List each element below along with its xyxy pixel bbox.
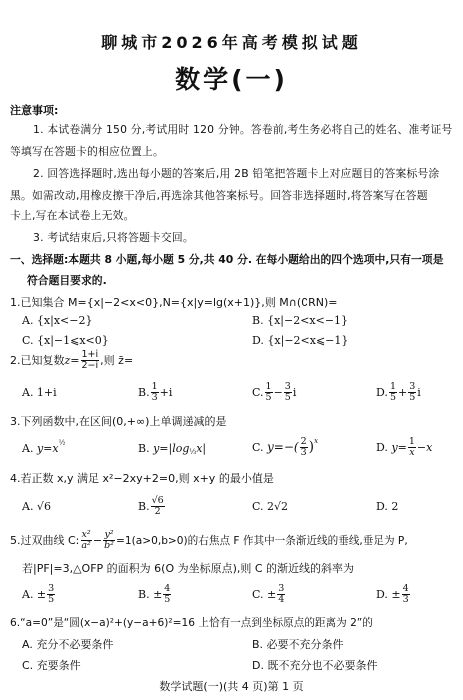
notice-heading: 注意事项:	[10, 102, 58, 118]
question-stem: 下列函数中,在区间(0,+∞)上单调递减的是	[21, 415, 227, 428]
denominator: 5	[284, 393, 292, 403]
math-expr: y=x	[37, 442, 59, 455]
notice-item-2-line1: 2. 回答选择题时,选出每小题的答案后,用 2B 铅笔把答题卡上对应题目的答案标…	[33, 166, 439, 181]
q1-option-a[interactable]: A. {x|x<−2}	[22, 314, 92, 327]
denominator: 3	[151, 393, 159, 403]
exam-title: 聊城市2026年高考模拟试题	[0, 30, 463, 53]
q5-option-d[interactable]: D. ± 43	[376, 581, 411, 607]
question-number: 1.	[10, 296, 21, 309]
option-label: C.	[252, 441, 264, 454]
numerator: 3	[277, 584, 285, 595]
fraction: 23	[300, 437, 308, 458]
notice-item-3: 3. 考试结束后,只将答题卡交回。	[33, 230, 194, 245]
denominator: 2	[154, 507, 162, 517]
option-label: B.	[138, 500, 150, 513]
option-label: D. ±	[376, 588, 401, 601]
q5-option-b[interactable]: B. ± 45	[138, 581, 172, 607]
math-expr: −x	[417, 441, 432, 454]
numerator: 1	[265, 382, 273, 393]
notice-item-2-line3: 卡上,写在本试卷上无效。	[10, 208, 135, 223]
numerator: x²	[81, 530, 92, 541]
option-label: B. ±	[138, 588, 162, 601]
q3-option-a[interactable]: A. y=x½	[22, 436, 65, 460]
numerator: √6	[151, 496, 165, 507]
question-1: 1.已知集合 M={x|−2<x<0},N={x|y=lg(x+1)},则 M∩…	[10, 294, 338, 310]
operator: +	[398, 386, 407, 399]
option-label: C. ±	[252, 588, 276, 601]
q2-option-a[interactable]: A. 1+i	[22, 380, 57, 404]
numerator: 4	[163, 584, 171, 595]
fraction: √62	[151, 496, 165, 517]
question-2: 2. 已知复数 z= 1+i2−i ,则 z̄=	[10, 350, 133, 371]
subject-title: 数学(一)	[0, 60, 463, 96]
fraction: 35	[408, 382, 416, 403]
question-stem-suffix: ,则 z̄=	[100, 352, 133, 368]
fraction: y²b²	[103, 530, 115, 551]
fraction: 13	[151, 382, 159, 403]
q6-option-b[interactable]: B. 必要不充分条件	[252, 636, 344, 652]
option-label: C.	[252, 386, 264, 399]
numerator: 2	[300, 437, 308, 448]
q1-option-c[interactable]: C. {x|−1⩽x<0}	[22, 334, 109, 347]
q2-option-d[interactable]: D. 15 + 35 i	[376, 380, 421, 404]
numerator: 4	[402, 584, 410, 595]
option-text: D. 2	[376, 500, 398, 513]
q6-option-c[interactable]: C. 充要条件	[22, 657, 81, 673]
denominator: x	[408, 448, 415, 458]
notice-item-2-line2: 黑。如需改动,用橡皮擦干净后,再选涂其他答案标号。回答非选择题时,将答案写在答题	[10, 188, 428, 203]
q2-option-c[interactable]: C. 15 − 35 i	[252, 380, 296, 404]
section-heading-line2: 符合题目要求的.	[27, 273, 107, 288]
denominator: 5	[163, 595, 171, 605]
operator: −	[274, 386, 283, 399]
option-tail: i	[417, 386, 421, 399]
question-3: 3.下列函数中,在区间(0,+∞)上单调递减的是	[10, 413, 226, 429]
fraction: 35	[284, 382, 292, 403]
denominator: 3	[300, 448, 308, 458]
fraction: 15	[389, 382, 397, 403]
page-footer: 数学试题(一)(共 4 页)第 1 页	[0, 678, 463, 694]
option-label: D.	[376, 441, 388, 454]
q6-option-d[interactable]: D. 既不充分也不必要条件	[252, 657, 377, 673]
fraction: x²a²	[80, 530, 91, 551]
denominator: b²	[103, 541, 115, 551]
option-label: B.	[138, 442, 150, 455]
question-5: 5. 过双曲线 C: x²a² − y²b² =1(a>0,b>0)的右焦点 F…	[10, 528, 408, 552]
math-var: z=	[65, 354, 80, 367]
option-label: B.	[138, 386, 150, 399]
q4-option-a[interactable]: A. √6	[22, 494, 51, 518]
question-4: 4.若正数 x,y 满足 x²−2xy+2=0,则 x+y 的最小值是	[10, 470, 274, 486]
option-label: D.	[376, 386, 388, 399]
option-text: A. 1+i	[22, 386, 57, 399]
math-expr: y=	[391, 441, 406, 454]
q3-option-c[interactable]: C. y=−( 23 )x	[252, 434, 318, 460]
question-number: 5.	[10, 534, 21, 547]
question-stem-prefix: 过双曲线 C:	[21, 532, 80, 548]
fraction: 34	[277, 584, 285, 605]
question-stem-suffix: =1(a>0,b>0)的右焦点 F 作其中一条渐近线的垂线,垂足为 P,	[116, 533, 408, 548]
math-expr: x|	[196, 442, 206, 455]
fraction: 1x	[408, 437, 416, 458]
q3-option-d[interactable]: D. y= 1x −x	[376, 434, 432, 460]
option-label: A.	[22, 442, 33, 455]
denominator: 5	[265, 393, 273, 403]
numerator: 3	[408, 382, 416, 393]
log-base: ⅓	[189, 448, 196, 456]
fraction: 43	[402, 584, 410, 605]
question-number: 4.	[10, 472, 21, 485]
denominator: 4	[277, 595, 285, 605]
question-6: 6.“a=0”是“圆(x−a)²+(y−a+6)²=16 上恰有一点到坐标原点的…	[10, 615, 373, 630]
q4-option-b[interactable]: B. √62	[138, 494, 166, 518]
fraction: 1+i2−i	[81, 350, 100, 371]
question-stem-prefix: 已知复数	[21, 352, 65, 368]
q4-option-c[interactable]: C. 2√2	[252, 494, 288, 518]
denominator: 2−i	[81, 361, 100, 371]
numerator: 1	[151, 382, 159, 393]
numerator: 1	[389, 382, 397, 393]
q5-option-a[interactable]: A. ± 35	[22, 581, 56, 607]
question-5-line2: 若|PF|=3,△OFP 的面积为 6(O 为坐标原点),则 C 的渐近线的斜率…	[22, 560, 354, 576]
denominator: 3	[402, 595, 410, 605]
question-number: 2.	[10, 354, 21, 367]
q3-option-b[interactable]: B. y=|log⅓x|	[138, 436, 206, 460]
math-expr: y=−(	[267, 440, 299, 454]
option-label: A. ±	[22, 588, 46, 601]
fraction: 15	[265, 382, 273, 403]
section-heading-line1: 一、选择题:本题共 8 小题,每小题 5 分,共 40 分. 在每小题给出的四个…	[10, 252, 443, 267]
q2-option-b[interactable]: B. 13 +i	[138, 380, 172, 404]
exponent: x	[314, 437, 318, 445]
exponent: ½	[59, 439, 66, 447]
question-number: 3.	[10, 415, 21, 428]
q1-option-b[interactable]: B. {x|−2<x<−1}	[252, 314, 348, 327]
question-stem: 已知集合 M={x|−2<x<0},N={x|y=lg(x+1)},则 M∩(∁…	[21, 296, 338, 309]
option-text: C. 2√2	[252, 500, 288, 513]
notice-item-1-line2: 等填写在答题卡的相应位置上。	[10, 144, 164, 159]
q4-option-d[interactable]: D. 2	[376, 494, 398, 518]
option-tail: i	[293, 386, 297, 399]
question-stem: 若正数 x,y 满足 x²−2xy+2=0,则 x+y 的最小值是	[21, 472, 274, 485]
denominator: 5	[47, 595, 55, 605]
question-number: 6.	[10, 617, 20, 629]
denominator: a²	[80, 541, 91, 551]
q6-option-a[interactable]: A. 充分不必要条件	[22, 636, 113, 652]
option-text: A. √6	[22, 500, 51, 513]
question-stem: “a=0”是“圆(x−a)²+(y−a+6)²=16 上恰有一点到坐标原点的距离…	[20, 617, 373, 629]
math-expr: y=|log	[153, 442, 189, 455]
q1-option-d[interactable]: D. {x|−2<x⩽−1}	[252, 334, 348, 347]
fraction: 45	[163, 584, 171, 605]
notice-item-1-line1: 1. 本试卷满分 150 分,考试用时 120 分钟。答卷前,考生务必将自己的姓…	[33, 122, 452, 137]
option-tail: +i	[160, 386, 173, 399]
numerator: y²	[103, 530, 114, 541]
operator: −	[93, 534, 102, 547]
numerator: 3	[47, 584, 55, 595]
denominator: 5	[389, 393, 397, 403]
numerator: 1	[408, 437, 416, 448]
numerator: 3	[284, 382, 292, 393]
denominator: 5	[408, 393, 416, 403]
q5-option-c[interactable]: C. ± 34	[252, 581, 286, 607]
fraction: 35	[47, 584, 55, 605]
